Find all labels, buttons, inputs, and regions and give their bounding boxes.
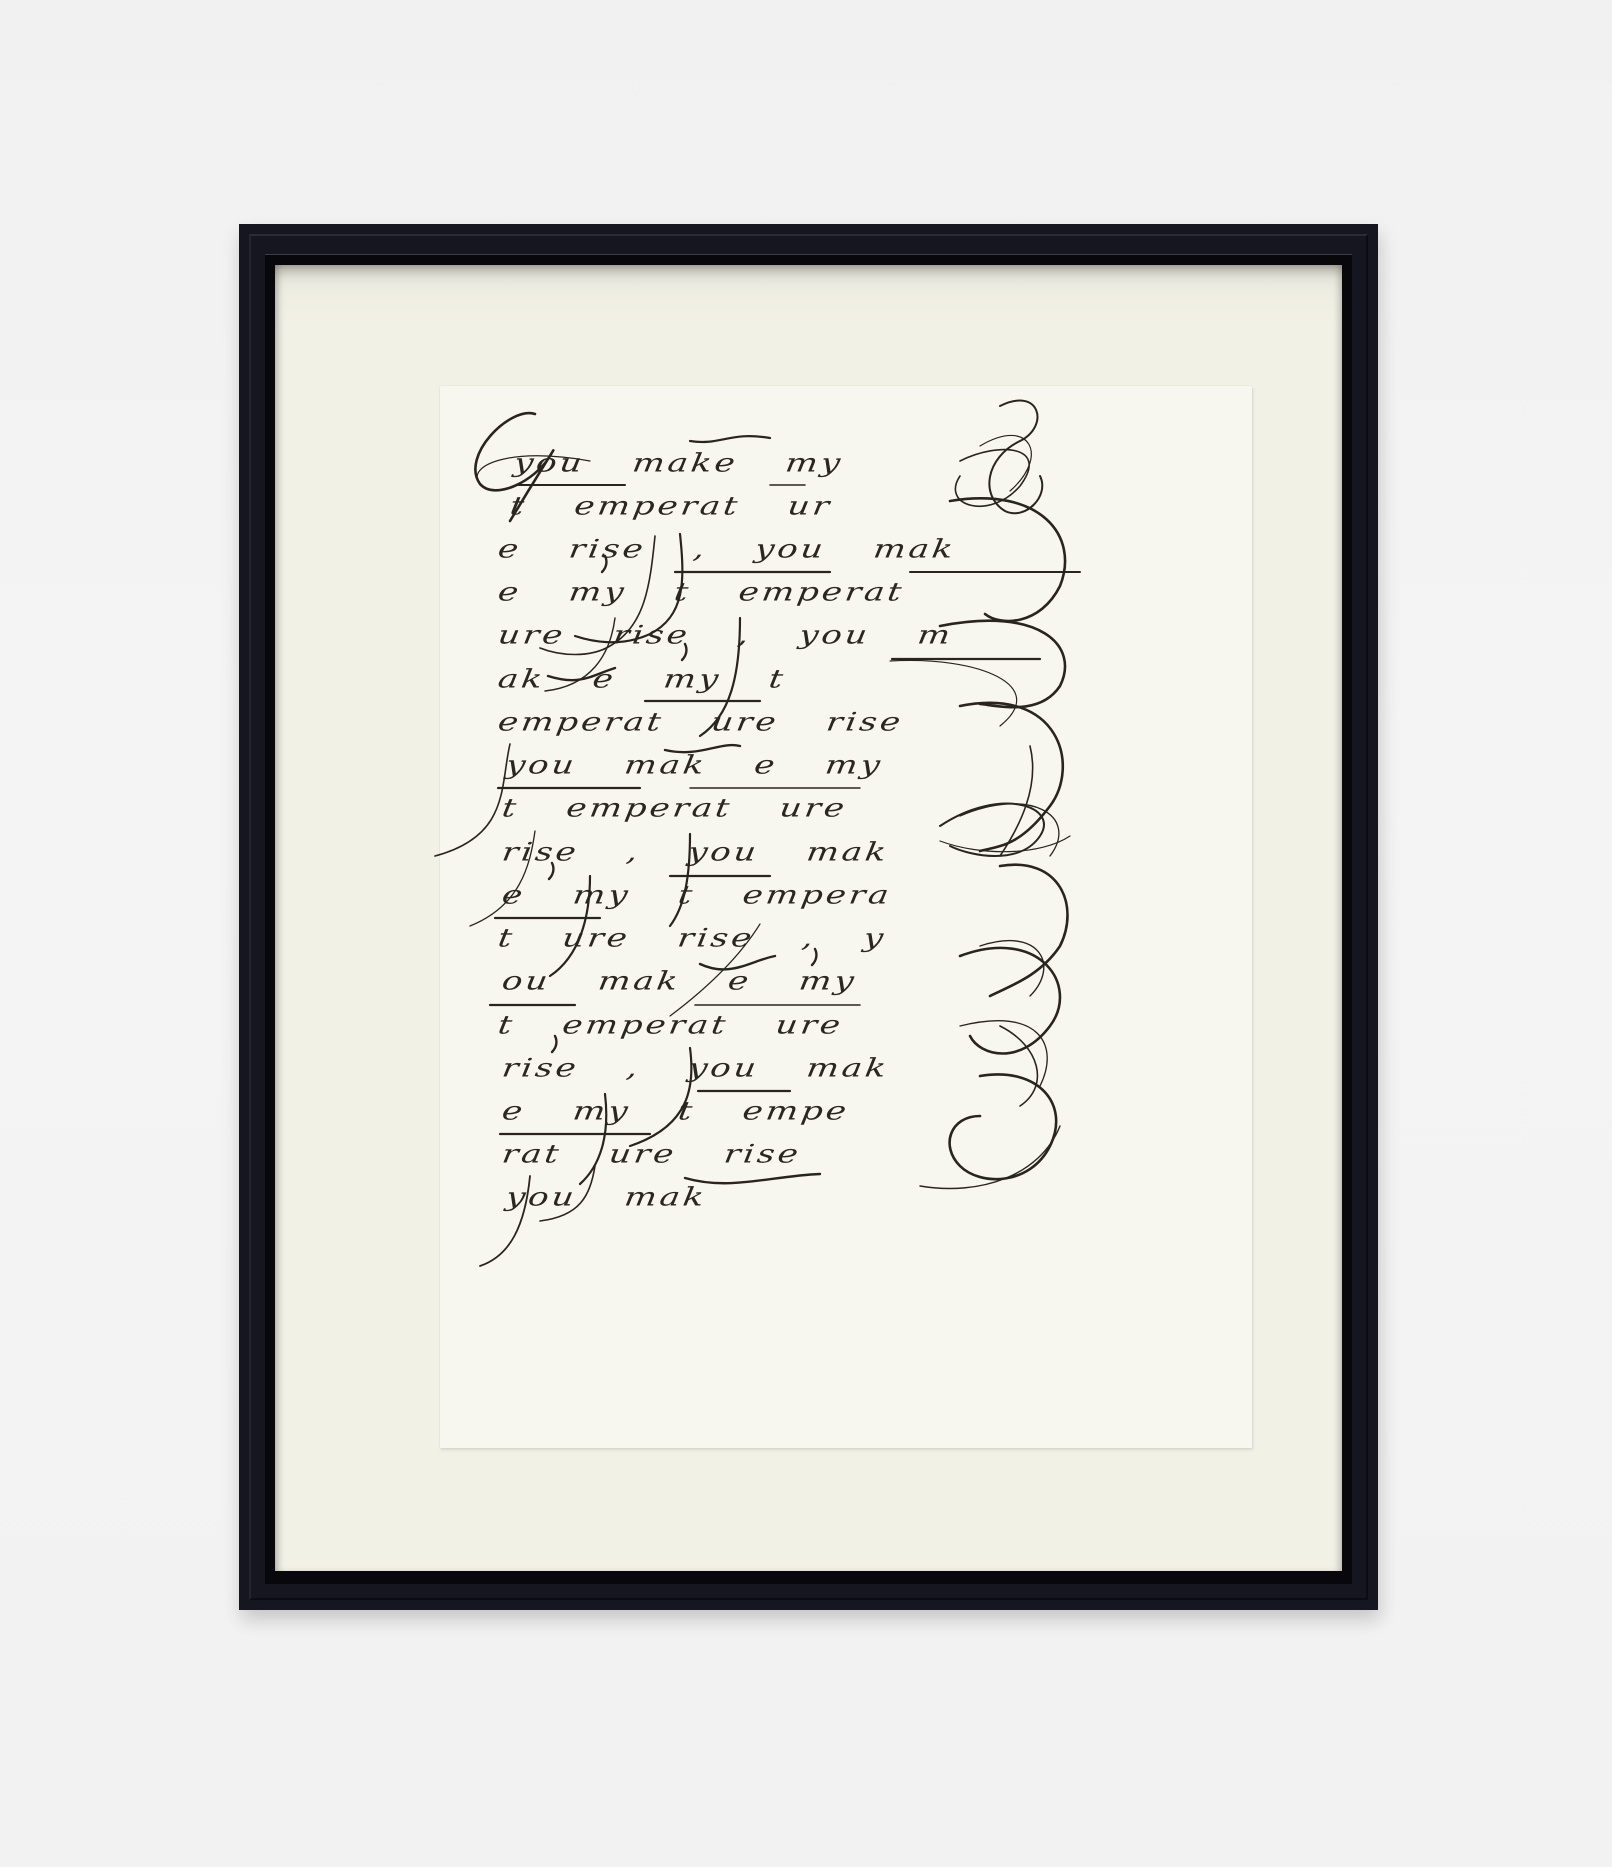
picture-frame: you make my t emperat ur e rise , you ma…	[239, 224, 1378, 1610]
calligraphic-flourishes	[440, 386, 1252, 1448]
mat-board: you make my t emperat ur e rise , you ma…	[275, 265, 1342, 1571]
artwork-paper: you make my t emperat ur e rise , you ma…	[440, 386, 1252, 1448]
